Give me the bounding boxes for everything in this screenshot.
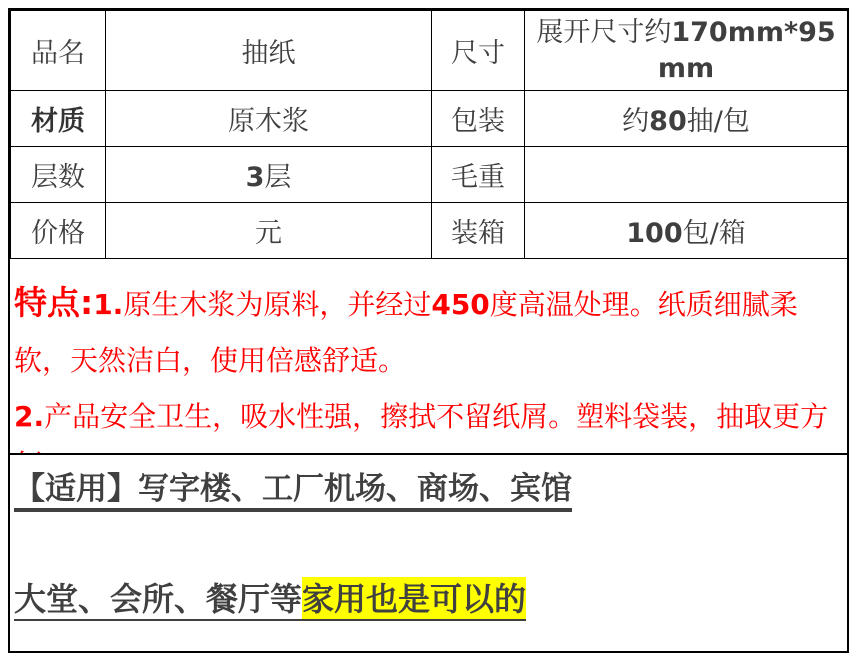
value-material: 原木浆	[106, 91, 432, 147]
feature-2-number: 2.	[14, 400, 44, 433]
value-size: 展开尺寸约170mm*95mm	[525, 11, 848, 91]
spec-table: 品名 抽纸 尺寸 展开尺寸约170mm*95mm 材质 原木浆 包装 约80抽/…	[10, 10, 848, 259]
layers-suffix: 层	[264, 162, 291, 193]
label-gross-weight: 毛重	[432, 147, 525, 203]
label-material: 材质	[11, 91, 106, 147]
label-product-name: 品名	[11, 11, 106, 91]
carton-suffix: 包/箱	[683, 218, 746, 249]
label-layers: 层数	[11, 147, 106, 203]
packaging-number: 80	[649, 106, 687, 137]
value-packaging: 约80抽/包	[525, 91, 848, 147]
usage-line-2: 大堂、会所、餐厅等家用也是可以的	[14, 577, 843, 621]
feature-item-1: 特点:1.原生木浆为原料，并经过450度高温处理。纸质细腻柔软，天然洁白，使用倍…	[14, 275, 841, 389]
usage-line-2-text: 大堂、会所、餐厅等	[14, 580, 302, 618]
value-gross-weight	[525, 147, 848, 203]
carton-number: 100	[626, 218, 682, 249]
packaging-suffix: 抽/包	[687, 106, 750, 137]
feature-1-number: 1.	[93, 288, 123, 321]
usage-section: 【适用】写字楼、工厂机场、商场、宾馆 大堂、会所、餐厅等家用也是可以的	[10, 455, 847, 621]
value-carton: 100包/箱	[525, 203, 848, 259]
label-size: 尺寸	[432, 11, 525, 91]
value-product-name: 抽纸	[106, 11, 432, 91]
features-heading: 特点:	[14, 283, 93, 322]
table-row-material: 材质 原木浆 包装 约80抽/包	[11, 91, 848, 147]
product-spec-sheet: 品名 抽纸 尺寸 展开尺寸约170mm*95mm 材质 原木浆 包装 约80抽/…	[8, 8, 849, 653]
feature-1-text-a: 原生木浆为原料，并经过	[123, 288, 431, 321]
size-text: 展开尺寸约	[536, 17, 671, 48]
feature-2-text: 产品安全卫生，吸水性强，擦拭不留纸屑。塑料袋装，抽取更方便	[14, 400, 828, 455]
table-row-layers: 层数 3层 毛重	[11, 147, 848, 203]
value-layers: 3层	[106, 147, 432, 203]
feature-1-temperature: 450	[431, 288, 489, 321]
usage-line-1: 【适用】写字楼、工厂机场、商场、宾馆	[14, 467, 843, 511]
feature-item-2: 2.产品安全卫生，吸水性强，擦拭不留纸屑。塑料袋装，抽取更方便	[14, 393, 841, 455]
usage-highlight: 家用也是可以的	[302, 577, 526, 620]
table-row-product: 品名 抽纸 尺寸 展开尺寸约170mm*95mm	[11, 11, 848, 91]
layers-number: 3	[246, 162, 265, 193]
label-packaging: 包装	[432, 91, 525, 147]
size-number: 170mm*95mm	[658, 17, 836, 84]
packaging-prefix: 约	[622, 106, 649, 137]
label-price: 价格	[11, 203, 106, 259]
value-price: 元	[106, 203, 432, 259]
features-section: 特点:1.原生木浆为原料，并经过450度高温处理。纸质细腻柔软，天然洁白，使用倍…	[10, 259, 847, 455]
table-row-price: 价格 元 装箱 100包/箱	[11, 203, 848, 259]
label-carton: 装箱	[432, 203, 525, 259]
